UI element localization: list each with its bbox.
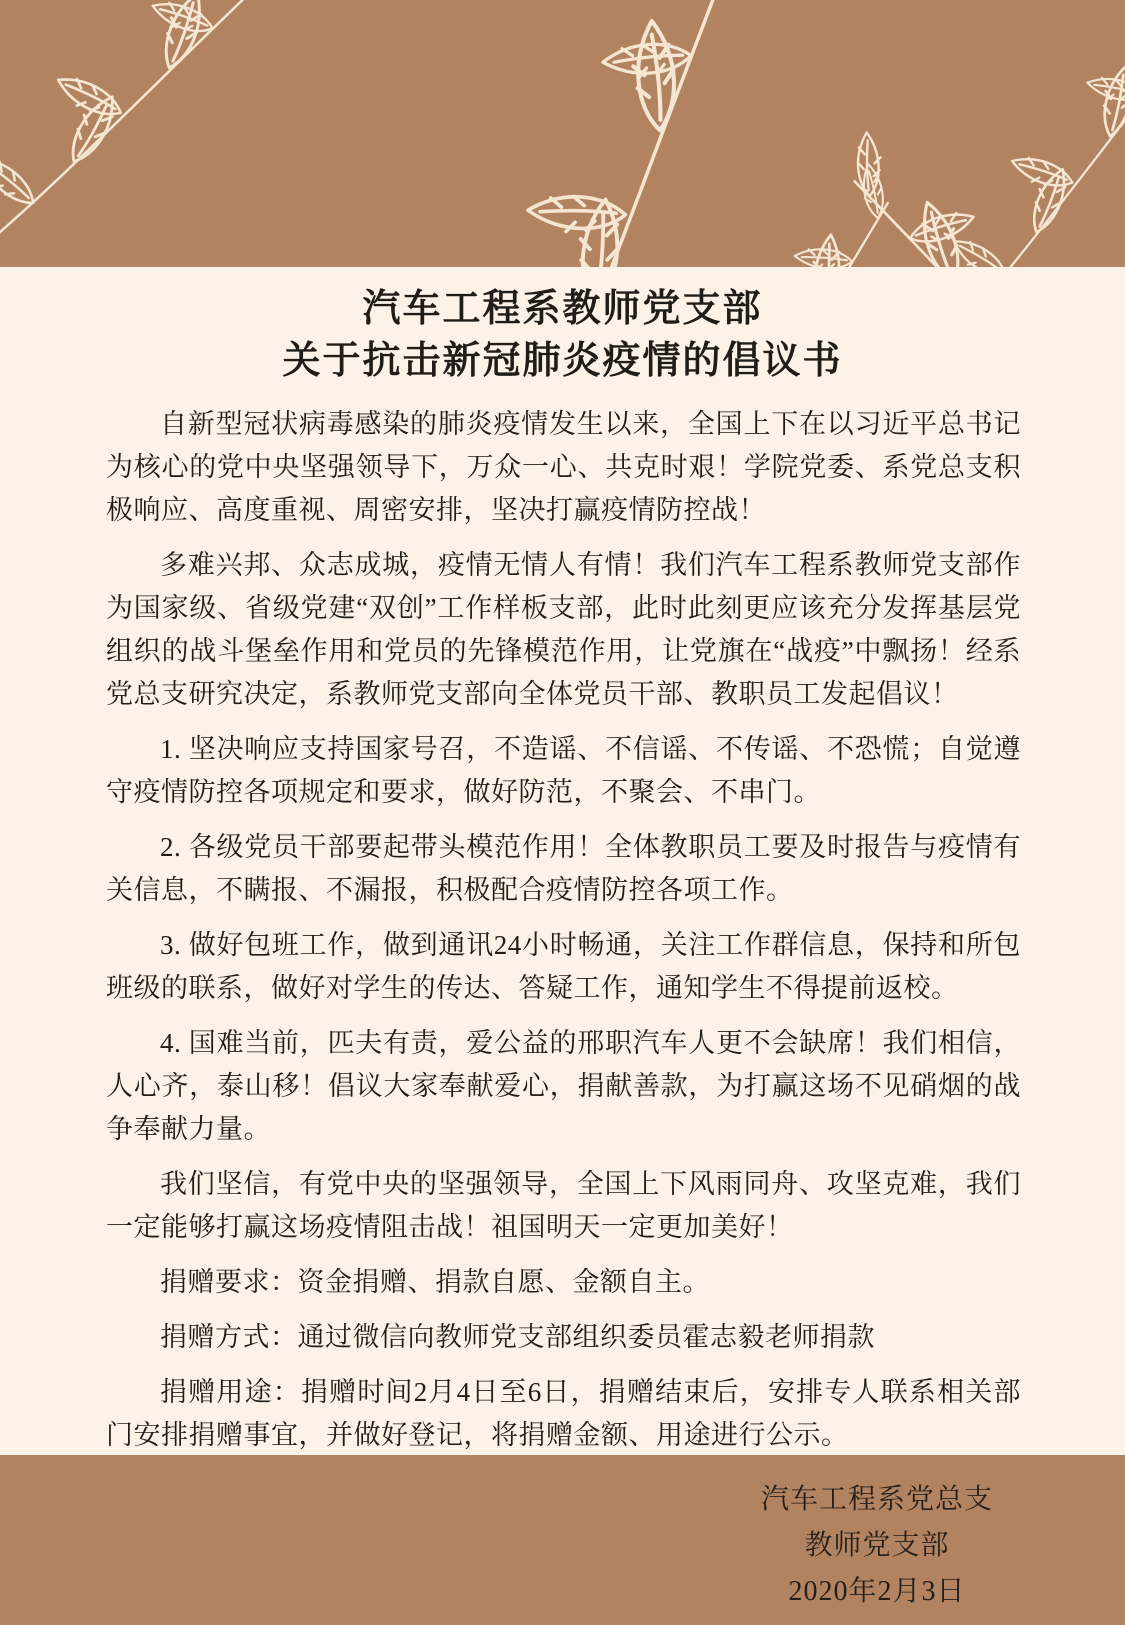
title-line-2: 关于抗击新冠肺炎疫情的倡议书 (0, 335, 1125, 387)
letter-content: 汽车工程系教师党支部 关于抗击新冠肺炎疫情的倡议书 自新型冠状病毒感染的肺炎疫情… (0, 267, 1125, 1469)
donation-usage: 捐赠用途：捐赠时间2月4日至6日，捐赠结束后，安排专人联系相关部门安排捐赠事宜，… (106, 1371, 1021, 1457)
document-title: 汽车工程系教师党支部 关于抗击新冠肺炎疫情的倡议书 (0, 283, 1125, 387)
donation-method: 捐赠方式：通过微信向教师党支部组织委员霍志毅老师捐款 (106, 1316, 1021, 1359)
title-line-1: 汽车工程系教师党支部 (0, 283, 1125, 335)
signature-date: 2020年2月3日 (761, 1569, 993, 1615)
document-page: 汽车工程系教师党支部 关于抗击新冠肺炎疫情的倡议书 自新型冠状病毒感染的肺炎疫情… (0, 0, 1125, 1625)
leaf-pattern-icon (0, 0, 1125, 267)
signature-block: 汽车工程系党总支 教师党支部 2020年2月3日 (761, 1477, 993, 1615)
paragraph-conclusion: 我们坚信，有党中央的坚强领导，全国上下风雨同舟、攻坚克难，我们一定能够打赢这场疫… (106, 1163, 1021, 1249)
paragraph-context: 多难兴邦、众志成城，疫情无情人有情！我们汽车工程系教师党支部作为国家级、省级党建… (106, 544, 1021, 716)
proposal-item-2: 2. 各级党员干部要起带头模范作用！全体教职员工要及时报告与疫情有关信息，不瞒报… (106, 826, 1021, 912)
proposal-item-4: 4. 国难当前，匹夫有责，爱公益的邢职汽车人更不会缺席！我们相信，人心齐，泰山移… (106, 1022, 1021, 1151)
paragraph-intro: 自新型冠状病毒感染的肺炎疫情发生以来，全国上下在以习近平总书记为核心的党中央坚强… (106, 403, 1021, 532)
footer-band: 汽车工程系党总支 教师党支部 2020年2月3日 (0, 1455, 1125, 1625)
header-band (0, 0, 1125, 267)
signature-org-line-1: 汽车工程系党总支 (761, 1477, 993, 1523)
signature-org-line-2: 教师党支部 (761, 1523, 993, 1569)
proposal-item-3: 3. 做好包班工作，做到通讯24小时畅通，关注工作群信息，保持和所包班级的联系，… (106, 924, 1021, 1010)
proposal-item-1: 1. 坚决响应支持国家号召，不造谣、不信谣、不传谣、不恐慌；自觉遵守疫情防控各项… (106, 728, 1021, 814)
document-body: 自新型冠状病毒感染的肺炎疫情发生以来，全国上下在以习近平总书记为核心的党中央坚强… (0, 397, 1125, 1457)
donation-requirement: 捐赠要求：资金捐赠、捐款自愿、金额自主。 (106, 1261, 1021, 1304)
